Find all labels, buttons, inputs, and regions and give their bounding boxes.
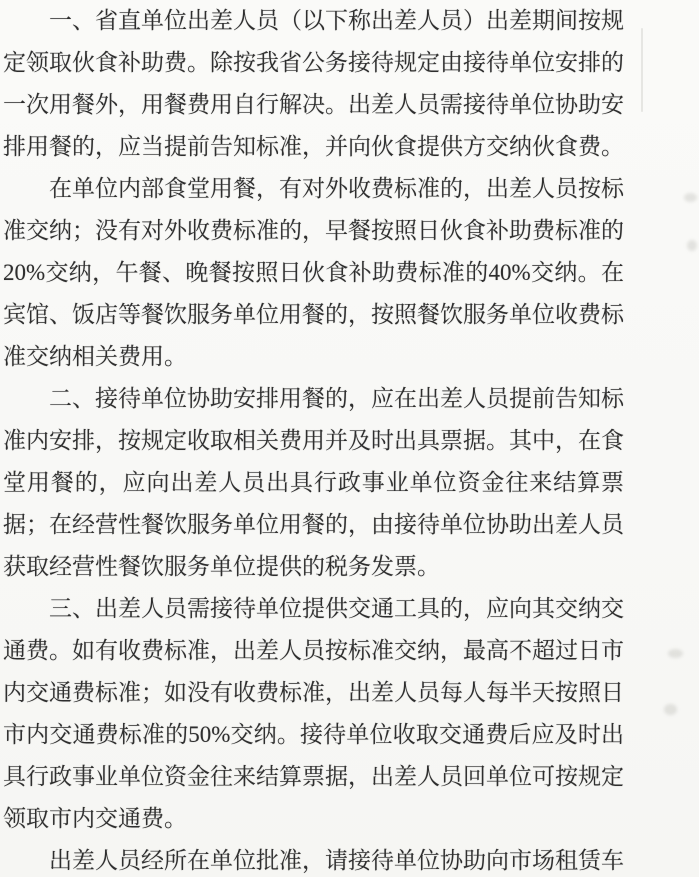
document-body: 一、省直单位出差人员（以下称出差人员）出差期间按规定领取伙食补助费。除按我省公务… <box>3 0 624 877</box>
paragraph-clause-1: 一、省直单位出差人员（以下称出差人员）出差期间按规定领取伙食补助费。除按我省公务… <box>3 0 624 168</box>
paragraph-clause-1-detail: 在单位内部食堂用餐，有对外收费标准的，出差人员按标准交纳；没有对外收费标准的，早… <box>3 168 624 378</box>
paragraph-clause-3-detail: 出差人员经所在单位批准，请接待单位协助向市场租赁车 <box>3 840 624 877</box>
scanned-document-page: 一、省直单位出差人员（以下称出差人员）出差期间按规定领取伙食补助费。除按我省公务… <box>0 0 699 877</box>
scan-smudge <box>687 240 697 251</box>
scan-fold-line <box>641 28 643 112</box>
paragraph-clause-2: 二、接待单位协助安排用餐的，应在出差人员提前告知标准内安排，按规定收取相关费用并… <box>3 378 624 588</box>
paragraph-clause-3: 三、出差人员需接待单位提供交通工具的，应向其交纳交通费。如有收费标准，出差人员按… <box>3 588 624 840</box>
scan-smudge <box>684 193 697 202</box>
scan-smudge <box>668 649 683 658</box>
scan-smudge <box>664 704 677 715</box>
